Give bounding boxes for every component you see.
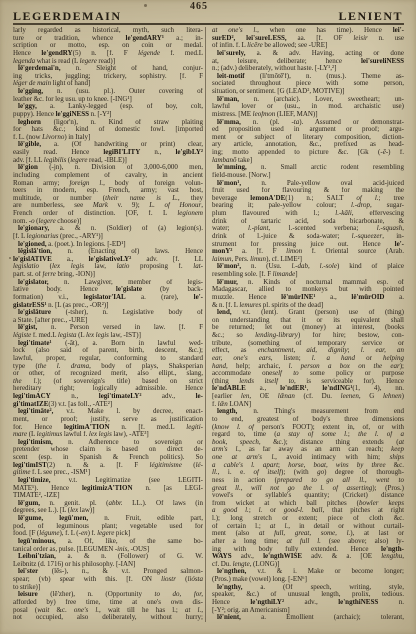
text-line: at one's l., when one has time). Hence l… <box>212 27 404 35</box>
text-line: le'gislāture (-tsher), n. Legislative bo… <box>13 309 203 317</box>
italic-run: prepared to go all ll., went to <box>277 477 404 484</box>
bold-run: legi'timateLY² <box>99 393 142 400</box>
italic-run: legere <box>80 58 97 65</box>
text-line: on understanding that it or its equivale… <box>212 317 404 325</box>
bold-run: le'gging, <box>18 88 43 95</box>
text-line: be returned; let out (money) at interest… <box>212 324 404 332</box>
bold-run: le'ngthen, <box>217 568 246 575</box>
text-line: to strike)] <box>13 584 203 592</box>
italic-run: abbr. <box>108 500 122 507</box>
text-line: lē'gist, n. Person versed in law. [f. F <box>13 324 203 332</box>
bold-run: lē'gerdemai'n, <box>18 65 61 72</box>
italic-run: l. ear, an <box>361 347 404 354</box>
text-line: food. [F (légume), f. L (-en) f. legere … <box>13 530 203 538</box>
italic-run: légiste <box>13 332 31 339</box>
bold-run: leit-motif <box>217 73 245 80</box>
text-line: laimun, Pers. limun), cf. LIME²] <box>212 256 404 264</box>
text-line: sociated throughout piece with some pers… <box>212 80 404 88</box>
italic-run: légende <box>138 50 160 57</box>
text-line: legenda what is read (L legere read)] <box>13 58 203 66</box>
italic-run: lambanō <box>212 157 237 164</box>
text-line: multitude, or number (their name is L., … <box>13 195 203 203</box>
italic-run: l. person a box on the ear <box>289 363 400 370</box>
italic-run: l.-drop <box>351 202 370 209</box>
text-line: lē'gume, legū'men, n. Fruit, edible part… <box>13 515 203 523</box>
italic-run: at full, great, some, l. <box>259 530 350 537</box>
italic-run: liósta <box>187 576 203 583</box>
italic-run: legista <box>58 332 77 339</box>
text-line: f. lǣn LOAN] <box>212 401 404 409</box>
italic-run: at l. <box>270 523 288 530</box>
bold-run: legi'timism, <box>18 439 53 446</box>
italic-run: helping <box>383 355 404 362</box>
text-line: legi'timize, v.t. Legitimatize (see LEGI… <box>13 477 203 485</box>
text-line: speaker, &c.) of unusual length, prolix,… <box>212 591 404 599</box>
text-line: ing; motto appended to picture &c. [Gk (… <box>212 149 404 157</box>
italic-run: l.-plant <box>248 225 268 232</box>
text-line: n.; (adv.) deliberately, without haste. … <box>212 65 404 73</box>
italic-run: ships <box>390 454 404 461</box>
bold-run: le'ggy, <box>18 103 37 110</box>
text-line: legi'timate¹ (-ăt), a. Born in lawful we… <box>13 340 203 348</box>
italic-run: l.-sole <box>320 263 337 270</box>
text-line: tanical order as, pulse. [LEGUMEN -inis,… <box>13 546 203 554</box>
text-line: at, leisure, deliberate; hence lei'surel… <box>212 58 404 66</box>
italic-run: at l. <box>185 607 201 614</box>
bold-run: legitimA'TION <box>64 424 110 431</box>
italic-run: ll. <box>212 469 218 476</box>
bold-run: le'ngth- <box>381 546 404 553</box>
text-line: ing tricks, juggling; trickery, sophistr… <box>13 73 203 81</box>
italic-run: ferre <box>43 271 56 278</box>
italic-run: limun <box>250 256 266 263</box>
italic-run: great ll., will not go the l. of asserti… <box>212 485 372 492</box>
bold-run: gislatrESS¹ <box>13 302 47 309</box>
italic-run: lǣnan <box>278 393 295 400</box>
italic-run: lǣn <box>218 401 228 408</box>
text-line: lē'gum, n. genit. pl. (abbr. LL.). Of la… <box>13 500 203 508</box>
bold-run: lei'surely, <box>217 50 245 57</box>
bold-run: le'ngthiLY² <box>250 599 284 606</box>
bold-run: legi'timāte², <box>18 408 53 415</box>
text-line: le'ngthen, v.t. & i. Make or become long… <box>212 568 404 576</box>
text-line: length, n. Thing's measurement from end <box>212 408 404 416</box>
italic-run: mare <box>13 431 27 438</box>
text-line: gitime f. L see prec., -ISM¹] <box>13 469 203 477</box>
text-line: after a long time; at full l. (see above… <box>212 538 404 546</box>
text-line: lei'ster (lēs-), n., & v.t. Pronged salm… <box>13 568 203 576</box>
text-line: part. st. of ferre bring, -ION)] <box>13 271 203 279</box>
italic-run: foreign l. <box>69 180 103 187</box>
italic-run: one at arm's l. <box>212 454 275 461</box>
bold-run: lei'sureliNESS <box>361 58 404 65</box>
text-line: type (the l. drama, body of plays, Shaks… <box>13 363 203 371</box>
italic-run: one's l. <box>74 607 99 614</box>
text-line: le'gging, n. (usu. pl.). Outer covering … <box>13 88 203 96</box>
italic-run: licēre <box>247 42 263 49</box>
italic-run: l. a hand <box>312 355 355 362</box>
dictionary-page: LEGERDEMAIN LENIENT 465 larly regarded a… <box>0 0 416 634</box>
italic-run: hand, <box>212 363 228 370</box>
text-line: Madagascar, allied to monkeys but with p… <box>212 286 404 294</box>
italic-run: go <box>317 469 324 476</box>
text-line: lē'mma, n. (pl. -ta). Assumed or demonst… <box>212 119 404 127</box>
italic-run: lat- <box>193 263 203 270</box>
bold-run: le'- <box>194 294 203 301</box>
text-line: pod, of leguminous plant; vegetable used… <box>13 523 203 531</box>
italic-run: gitime <box>13 469 31 476</box>
italic-run: lengte <box>233 561 250 568</box>
text-line: lē'mur, n. Kinds of nocturnal mammal esp… <box>212 279 404 287</box>
text-line: le'gionary, a. & n. (Soldier) of (a) leg… <box>13 225 203 233</box>
text-line: (thing lends itself to, is serviceable f… <box>212 378 404 386</box>
text-line: posal (wait &c. one's l., wait till he h… <box>13 607 203 615</box>
bold-run: le'gendARY¹ <box>126 35 164 42</box>
italic-run: wait <box>37 607 49 614</box>
italic-run: leofmon <box>253 111 276 118</box>
italic-run: know l. of <box>214 424 254 431</box>
text-line: lambanō take] <box>212 157 404 165</box>
bold-run: le'ggiNESS <box>56 111 89 118</box>
text-line: of certain l.; at l., in detail or witho… <box>212 523 404 531</box>
text-line: bearing it; pale-yellow colour; l.-drop,… <box>212 202 404 210</box>
italic-run: self to <box>272 370 298 377</box>
text-line: great ll., will not go the l. of asserti… <box>212 485 404 493</box>
text-line: Hence le'gendRY(5) n. [f. F légende f. m… <box>13 50 203 58</box>
bold-run: lē'gion <box>18 164 38 171</box>
text-line: field-mouse. [Norw.] <box>212 172 404 180</box>
italic-run: of itself <box>253 469 281 476</box>
text-line: puppy). Hence le'ggiNESS n. [-Y²] <box>13 111 203 119</box>
text-line: of infin. f. L licēre be allowed; see -U… <box>212 42 404 50</box>
text-line: ll., i. e. of itself); (with go) degree … <box>212 469 404 477</box>
text-line: plum flavoured with l.; l.-kāli, efferve… <box>212 210 404 218</box>
bold-run: lē'gum, <box>18 500 40 507</box>
italic-run: liostr <box>161 576 176 583</box>
bold-run: le- <box>196 393 203 400</box>
italic-run: a cable's l. apart <box>212 462 278 469</box>
text-line: drink of l.-juice & soda-water; l.-squee… <box>212 233 404 241</box>
text-line: cf. Du. lengte, (LONG)] <box>212 561 404 569</box>
italic-run: leisir <box>353 35 367 42</box>
bold-run: le'ngthWISE <box>263 553 302 560</box>
text-line: legi'timāte², v.t. Make l. by decree, en… <box>13 408 203 416</box>
bold-run: gi'timatIZE <box>13 401 48 408</box>
text-line: lē'mon¹, n. Pale-yellow oval acid-juiced <box>212 180 404 188</box>
bold-run: le'ngthiNESS <box>338 599 378 606</box>
italic-run: leenen <box>341 393 359 400</box>
italic-run: of l. <box>356 195 378 202</box>
italic-run: legionem <box>177 210 203 217</box>
text-line: ary article, annotation, &c., prefixed a… <box>212 141 404 149</box>
bold-run: legi'timate¹ <box>18 340 52 347</box>
text-line: Leibnitz (d. 1716) or his philosophy. [-… <box>13 561 203 569</box>
italic-run: légitimisme <box>150 462 182 469</box>
text-line: f. L. (now Livorno) in Italy] <box>13 134 203 142</box>
text-line: formation) v.i., legislator'IAL a. (rare… <box>13 294 203 302</box>
bold-run: lē'mūrOID <box>351 294 384 301</box>
bold-run: legi'timIST <box>13 462 47 469</box>
text-line: le'ndABLE a., le'ndER¹, le'ndING¹(1, 4),… <box>212 385 404 393</box>
bold-run: Leibni'tzian, <box>18 553 56 560</box>
italic-run: legitimus <box>37 431 63 438</box>
bold-run: legiBI'LITY <box>103 149 140 156</box>
text-line: Roman army; foreign l., body of foreign … <box>13 180 203 188</box>
text-line: l.); long stretch or extent; piece of cl… <box>212 515 404 523</box>
text-line: pretender whose claim is based on direct… <box>13 446 203 454</box>
italic-run: léger de main <box>13 80 51 87</box>
italic-run: -en <box>79 530 88 537</box>
bold-run: lē'nient, <box>217 614 241 621</box>
text-line: leisure (lĕ'zher), n. (Opportunity to do… <box>13 591 203 599</box>
italic-run: l. <box>259 507 263 514</box>
text-line: accommodate oneself to some policy or pu… <box>212 370 404 378</box>
italic-run: lengthu <box>381 553 402 560</box>
text-line: [-Y²; orig. an Americanism] <box>212 607 404 615</box>
text-line: muzzle. Hence lē'mūrINE¹ a., lē'mūrOID a… <box>212 294 404 302</box>
italic-run: -inis <box>115 546 127 553</box>
text-line: are numberless, see Mark v. 9); L. of Ho… <box>13 202 203 210</box>
italic-run: l.-squeezer <box>352 233 383 240</box>
bold-run: lē'mon¹, <box>217 180 241 187</box>
bold-run: lē'mur, <box>217 279 238 286</box>
text-line: monY² a. [f. F limon f. Oriental source … <box>212 248 404 256</box>
text-line: afforded by) free time, time at one's ow… <box>13 599 203 607</box>
text-line: resembling sole. [f. F limande] <box>212 271 404 279</box>
text-line: lē'mon², n. (Usu. l.-dab, l.-sole) kind … <box>212 263 404 271</box>
bold-run: le'ndING¹ <box>322 385 352 392</box>
italic-run: l.-kāli <box>335 210 352 217</box>
italic-run: -ē- <box>380 149 388 156</box>
text-line: lative body. Hence le'gislate (by back- <box>13 286 203 294</box>
bold-run: legi'timACY <box>13 393 51 400</box>
text-line: situation, or sentiment. [G (LEAD², MOTI… <box>212 88 404 96</box>
bold-run: lemonA'DE <box>250 195 285 202</box>
text-line: strument for pressing juice out. Hence l… <box>212 241 404 249</box>
italic-run: legibilis <box>44 157 67 164</box>
italic-run: legislatio <box>13 263 39 270</box>
text-line: mare (L legitimus lawful f. lex legis la… <box>13 431 203 439</box>
text-line: leit-motif (li'tmōtē'f), n. (mus.). Them… <box>212 73 404 81</box>
italic-run: bowler keeps <box>359 500 404 507</box>
bold-run: le'ndABLE <box>212 385 246 392</box>
bold-run: le'gibLY² <box>175 149 203 156</box>
text-line: ear, one's ears, listen; l. a hand or he… <box>212 355 404 363</box>
text-line: ness in action (prepared to go all ll., … <box>212 477 404 485</box>
bold-run: le'ndER¹ <box>280 385 307 392</box>
text-line: the l.); (of sovereign's title) based on… <box>13 378 203 386</box>
text-line: lē'gerdemai'n, n. Sleight of hand, conju… <box>13 65 203 73</box>
bold-run: lĕgislā'tion, <box>18 248 52 255</box>
text-line: fruit used for flavouring & for making t… <box>212 187 404 195</box>
text-line: MATE¹). Hence legitimizA'TION n. [as LEG… <box>13 485 203 493</box>
text-line: leghorn (ligor'n), n. Kind of straw plai… <box>13 119 203 127</box>
text-line: lē'gion (-jn), n. Division of 3,000-6,00… <box>13 164 203 172</box>
italic-run: the l. of a <box>358 431 404 438</box>
bold-run: lei'- <box>393 27 404 34</box>
italic-run: laimun <box>212 256 231 263</box>
bold-run: le'ngthy, <box>217 584 242 591</box>
text-line: [earlier len, OE lǣnan (cf. Du. leenen, … <box>212 393 404 401</box>
text-line: drink of tartaric acid, soda bicarbonate… <box>212 218 404 226</box>
text-line: légiste f. med.L legista (L lex legis la… <box>13 332 203 340</box>
text-line: gislatrESS¹ n. [L (as prec., -OR²)] <box>13 302 203 310</box>
italic-run: a good l. <box>212 507 249 514</box>
italic-run: l.-dab <box>291 263 308 270</box>
text-line: effect, as enchantment, aid, dignity; l.… <box>212 347 404 355</box>
bold-run: leghorn <box>18 119 41 126</box>
text-line: not occupied, also deliberately, without… <box>13 614 203 622</box>
text-line: (know l. of person's FOOT); extent in, o… <box>212 424 404 432</box>
bold-run: lē'mma, <box>217 119 241 126</box>
text-line: ed proposition used in argument or proof… <box>212 126 404 134</box>
dust-speck <box>9 257 11 259</box>
italic-run: lex <box>70 507 78 514</box>
italic-run: to do, for, <box>155 591 203 598</box>
text-line: lock (also said of parent, birth, descen… <box>13 347 203 355</box>
italic-run: lehnen <box>383 393 402 400</box>
text-line: from wicket at which ball pitches (bowle… <box>212 500 404 508</box>
italic-run: latio <box>117 263 130 270</box>
italic-run: arm's l. <box>212 446 239 453</box>
text-line: legi'timism, n. Adherence to sovereign o… <box>13 439 203 447</box>
text-line: for. Hence legitimA'TION n. [f. med.L le… <box>13 424 203 432</box>
bold-run: le'gendRY <box>41 50 72 57</box>
text-line: (Pros.) make (vowel) long. [-EN⁶] <box>212 576 404 584</box>
text-line: le'ngthy, a. (Of speech, writing, style, <box>212 584 404 592</box>
text-line: hand, help; archaic, l. person a box on … <box>212 363 404 371</box>
italic-run: limon <box>286 248 302 255</box>
text-line: legi'timACY n., legi'timateLY² adv., le- <box>13 393 203 401</box>
text-line: ing with body fully extended. Hence le'n… <box>212 546 404 554</box>
text-line: to end, greatest of body's three dimensi… <box>212 416 404 424</box>
text-line: ment or subject of literary composition,… <box>212 134 404 142</box>
bold-run: lend, <box>217 309 232 316</box>
text-line: teers in modern, esp. French, army; vast… <box>13 187 203 195</box>
text-line: legislatio (lex legis law, latio proposi… <box>13 263 203 271</box>
text-line: léger de main light of hand] <box>13 80 203 88</box>
text-line: one at arm's l., avoid intimacy with him… <box>212 454 404 462</box>
text-line: spear; (vb) spear with this. [f. ON lios… <box>13 576 203 584</box>
italic-run: legionarius <box>27 233 59 240</box>
italic-run: good-l. ball <box>284 507 323 514</box>
bold-run: le'gislate <box>116 286 142 293</box>
text-line: le'gislator, n. Lawgiver, member of legi… <box>13 279 203 287</box>
text-line: TIMATE², -IZE] <box>13 492 203 500</box>
text-line: ture or tradition, whence le'gendARY¹ a.… <box>13 35 203 43</box>
italic-run: lends itself to <box>239 378 294 385</box>
italic-run: legenda <box>13 58 35 65</box>
italic-run: at full l. <box>287 538 321 545</box>
bold-run: lē'mūrINE¹ <box>281 294 315 301</box>
text-line: & n. [f. L lemures pl. spirits of the de… <box>212 302 404 310</box>
text-line: WAYS adv., le'ngthWISE adv. & a. [OE len… <box>212 553 404 561</box>
bold-run: length, <box>217 408 237 415</box>
bold-run: le'- <box>395 241 404 248</box>
header-rule <box>13 23 404 25</box>
bold-run: lē'gist, <box>18 324 37 331</box>
text-line: beverage lemonA'DE(1) n.; SALT of l.; tr… <box>212 195 404 203</box>
text-line: leather &c. for leg usu. up to knee. [-I… <box>13 96 203 104</box>
text-line: le'gislATIVE a., le'gislativeLY² adv. [f… <box>13 256 203 264</box>
bold-run: WAYS <box>212 553 232 560</box>
text-line: lĕgislā'tion, n. (Enacting of) laws. Hen… <box>13 248 203 256</box>
italic-run: legiti- <box>186 424 203 431</box>
italic-run: Livorno <box>42 134 64 141</box>
text-line: gi'timatIZE(3) v.t. [as foll., -ATE²] <box>13 401 203 409</box>
italic-run: ear, one's ears, <box>212 355 273 362</box>
page-number: 465 <box>177 1 221 12</box>
text-line: vowel's or syllable's quantity; (Cricket… <box>212 492 404 500</box>
italic-run: lé- <box>196 462 203 469</box>
italic-run: len <box>241 393 250 400</box>
text-line: [f. L legionarius (prec., -ARY¹)] <box>13 233 203 241</box>
text-line: surED², lei'sureLESS, aa. [f. OF leisir … <box>212 35 404 43</box>
italic-run: book, speech, <box>212 439 261 446</box>
right-column: at one's l., when one has time). Hence l… <box>212 27 404 623</box>
text-line: ment, or proof; justify, serve as justif… <box>13 416 203 424</box>
italic-run: keep <box>391 446 404 453</box>
text-line: book, speech, &c.); distance thing exten… <box>212 439 404 447</box>
text-line: le'gioned, a. (poet.). In legions. [-ED¹… <box>13 241 203 249</box>
italic-run: legere <box>70 157 87 164</box>
text-line: lei'surely, a. & adv. Having, acting or … <box>212 50 404 58</box>
bold-run: le'mming, <box>217 164 247 171</box>
text-line: scent (esp. in Spanish & French politics… <box>13 454 203 462</box>
italic-run: -o <box>29 218 35 225</box>
italic-run: at one's l. <box>212 27 257 34</box>
text-line: le'mming, n. Small arctic rodent resembl… <box>212 164 404 172</box>
italic-run: legere <box>38 218 55 225</box>
text-line: arm's l., as far away as an arm can reac… <box>212 446 404 454</box>
text-line: legū'minous, a. Of, like, of the same bo… <box>13 538 203 546</box>
text-line: lē'man, n. (archaic). Lover, sweetheart;… <box>212 96 404 104</box>
italic-run: lex legis <box>89 431 112 438</box>
italic-run: the l. <box>13 378 37 385</box>
text-line: legi'timIST(2) n. & a. [f. F légitimisme… <box>13 462 203 470</box>
italic-run: Mark <box>93 202 108 209</box>
italic-run: at <box>399 439 404 446</box>
text-line: hereditary right; logically admissible. … <box>13 385 203 393</box>
text-line: easily read. Hence legiBI'LITY n., le'gi… <box>13 149 203 157</box>
text-line: le'ggy, a. Lanky-legged (esp. of boy, co… <box>13 103 203 111</box>
text-line: scription or motto, esp. on coin or meda… <box>13 42 203 50</box>
text-line: mistress. [ME leofmon (LIEF, MAN)] <box>212 111 404 119</box>
text-line: tribute, (something of temporary service… <box>212 340 404 348</box>
text-line: regard to, time (a stay of some l.; the … <box>212 431 404 439</box>
bold-run: le'gioned, <box>18 241 47 248</box>
bold-run: lei'ster <box>18 568 38 575</box>
italic-run: l.-squash <box>377 225 402 232</box>
text-line: larly regarded as historical, myth, such… <box>13 27 203 35</box>
text-line: lē'nient, a. Emollient (archaic); tolera… <box>212 614 404 622</box>
text-line: degrees, see L.). [L (lex law)] <box>13 507 203 515</box>
text-line: lawful lover or (usu., in mod. archaisti… <box>212 103 404 111</box>
text-line: water; l.-plant, l.-scented verbena; l.-… <box>212 225 404 233</box>
bold-run: monY² <box>212 248 232 255</box>
bold-run: surED², lei'sureLESS, <box>212 35 287 42</box>
left-column: larly regarded as historical, myth, such… <box>13 27 203 623</box>
text-line: lend, v.t. (lent). Grant (person) use of… <box>212 309 404 317</box>
bold-run: legi'timize, <box>18 477 50 484</box>
dust-speck <box>144 4 147 7</box>
text-line: lawful, proper, regular, conforming to s… <box>13 355 203 363</box>
text-line: lē'gible, a. (Of handwriting or print) c… <box>13 141 203 149</box>
italic-run: limande <box>273 271 296 278</box>
italic-run: legere <box>97 530 114 537</box>
text-line: adv. [f. LL legibilis (legere read, -IBL… <box>13 157 203 165</box>
italic-run: lemures <box>239 302 261 309</box>
